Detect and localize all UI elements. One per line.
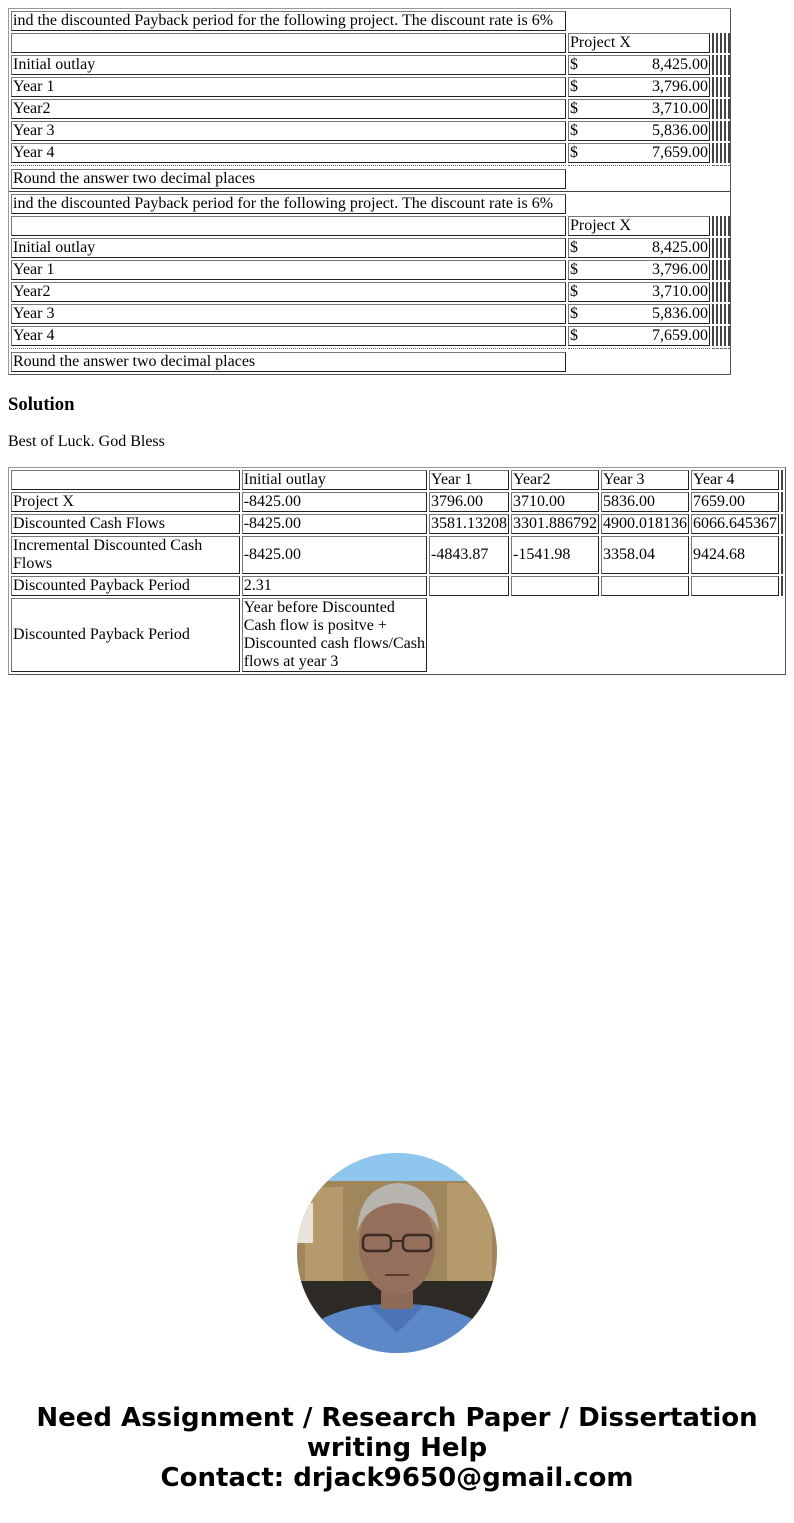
amount-cell: $5,836.00 [568, 304, 710, 324]
row-label: Year 4 [11, 143, 566, 163]
table-row: Project X -8425.00 3796.00 3710.00 5836.… [11, 492, 783, 512]
amount-cell: $3,796.00 [568, 77, 710, 97]
amount-value: 8,425.00 [652, 56, 708, 74]
solution-heading: Solution [8, 394, 786, 416]
table-row: Year 1 $3,796.00 [11, 77, 730, 97]
column-header-project-x: Project X [568, 216, 710, 236]
currency-symbol: $ [570, 239, 578, 257]
table-cell: 9424.68 [691, 536, 779, 574]
table-cell [511, 576, 599, 596]
table-cell: -1541.98 [511, 536, 599, 574]
amount-cell: $5,836.00 [568, 121, 710, 141]
table-cell [601, 576, 689, 596]
table-cell [429, 576, 509, 596]
question-frame: ind the discounted Payback period for th… [8, 8, 731, 375]
row-label: Discounted Payback Period [11, 576, 240, 596]
amount-cell: $3,710.00 [568, 99, 710, 119]
amount-cell: $8,425.00 [568, 238, 710, 258]
table-cell: -8425.00 [242, 514, 427, 534]
table-cell: 3358.04 [601, 536, 689, 574]
currency-symbol: $ [570, 283, 578, 301]
contact-footer: Need Assignment / Research Paper / Disse… [0, 1403, 794, 1493]
header-blank-cell [11, 216, 566, 236]
table-cell: -4843.87 [429, 536, 509, 574]
table-row: Discounted Cash Flows -8425.00 3581.1320… [11, 514, 783, 534]
header-cell: Year 3 [601, 470, 689, 490]
row-label: Initial outlay [11, 238, 566, 258]
question-table-1: ind the discounted Payback period for th… [9, 9, 732, 191]
table-row: Year 3 $5,836.00 [11, 121, 730, 141]
currency-symbol: $ [570, 261, 578, 279]
spacer-row [11, 348, 730, 350]
currency-symbol: $ [570, 144, 578, 162]
table-row: Year2 $3,710.00 [11, 99, 730, 119]
table-header-row: Initial outlay Year 1 Year2 Year 3 Year … [11, 470, 783, 490]
header-cell [11, 470, 240, 490]
row-label: Discounted Cash Flows [11, 514, 240, 534]
rounding-note: Round the answer two decimal places [11, 169, 566, 189]
table-cell: -8425.00 [242, 492, 427, 512]
row-label: Year 3 [11, 121, 566, 141]
table-cell: -8425.00 [242, 536, 427, 574]
table-row: Initial outlay $8,425.00 [11, 238, 730, 258]
currency-symbol: $ [570, 56, 578, 74]
table-cell: 3301.886792 [511, 514, 599, 534]
row-label: Discounted Payback Period [11, 598, 240, 672]
amount-cell: $3,796.00 [568, 260, 710, 280]
author-avatar [297, 1153, 497, 1353]
amount-value: 3,796.00 [652, 78, 708, 96]
amount-value: 5,836.00 [652, 305, 708, 323]
currency-symbol: $ [570, 122, 578, 140]
amount-cell: $3,710.00 [568, 282, 710, 302]
rounding-note: Round the answer two decimal places [11, 352, 566, 372]
row-label: Year2 [11, 99, 566, 119]
table-row: Year2 $3,710.00 [11, 282, 730, 302]
amount-value: 8,425.00 [652, 239, 708, 257]
row-label: Year 1 [11, 260, 566, 280]
table-row: Year 4 $7,659.00 [11, 326, 730, 346]
footer-tagline: Need Assignment / Research Paper / Disse… [0, 1403, 794, 1463]
table-row: Year 4 $7,659.00 [11, 143, 730, 163]
row-label: Project X [11, 492, 240, 512]
row-label: Incremental Discounted Cash Flows [11, 536, 240, 574]
greeting-text: Best of Luck. God Bless [8, 432, 786, 452]
amount-cell: $7,659.00 [568, 326, 710, 346]
amount-value: 5,836.00 [652, 122, 708, 140]
table-row: Incremental Discounted Cash Flows -8425.… [11, 536, 783, 574]
table-cell: 3710.00 [511, 492, 599, 512]
table-cell: 7659.00 [691, 492, 779, 512]
header-blank-cell [11, 33, 566, 53]
footer-contact: Contact: drjack9650@gmail.com [0, 1463, 794, 1493]
amount-cell: $7,659.00 [568, 143, 710, 163]
row-label: Year 1 [11, 77, 566, 97]
row-label: Year2 [11, 282, 566, 302]
table-row: Year 1 $3,796.00 [11, 260, 730, 280]
table-row: Year 3 $5,836.00 [11, 304, 730, 324]
currency-symbol: $ [570, 78, 578, 96]
table-cell: 3796.00 [429, 492, 509, 512]
page-content: ind the discounted Payback period for th… [0, 0, 794, 675]
formula-text: Year before Discounted Cash flow is posi… [242, 598, 427, 672]
header-cell: Year 1 [429, 470, 509, 490]
solution-table: Initial outlay Year 1 Year2 Year 3 Year … [9, 468, 785, 674]
table-cell [691, 576, 779, 596]
table-cell: 4900.018136 [601, 514, 689, 534]
formula-row: Discounted Payback Period Year before Di… [11, 598, 783, 672]
table-cell: 5836.00 [601, 492, 689, 512]
currency-symbol: $ [570, 327, 578, 345]
solution-frame: Initial outlay Year 1 Year2 Year 3 Year … [8, 467, 786, 675]
question-title: ind the discounted Payback period for th… [11, 194, 566, 214]
header-cell: Year2 [511, 470, 599, 490]
spacer-row [11, 165, 730, 167]
currency-symbol: $ [570, 100, 578, 118]
table-cell: 3581.13208 [429, 514, 509, 534]
payback-result: 2.31 [242, 576, 427, 596]
row-label: Year 3 [11, 304, 566, 324]
currency-symbol: $ [570, 305, 578, 323]
table-row: Discounted Payback Period 2.31 [11, 576, 783, 596]
row-label: Initial outlay [11, 55, 566, 75]
table-cell: 6066.645367 [691, 514, 779, 534]
row-label: Year 4 [11, 326, 566, 346]
question-table-2: ind the discounted Payback period for th… [9, 192, 732, 374]
amount-value: 7,659.00 [652, 327, 708, 345]
amount-value: 3,710.00 [652, 283, 708, 301]
amount-value: 7,659.00 [652, 144, 708, 162]
question-title: ind the discounted Payback period for th… [11, 11, 566, 31]
column-header-project-x: Project X [568, 33, 710, 53]
person-photo-icon [297, 1153, 497, 1353]
header-cell: Initial outlay [242, 470, 427, 490]
amount-cell: $8,425.00 [568, 55, 710, 75]
amount-value: 3,710.00 [652, 100, 708, 118]
header-cell: Year 4 [691, 470, 779, 490]
amount-value: 3,796.00 [652, 261, 708, 279]
table-row: Initial outlay $8,425.00 [11, 55, 730, 75]
